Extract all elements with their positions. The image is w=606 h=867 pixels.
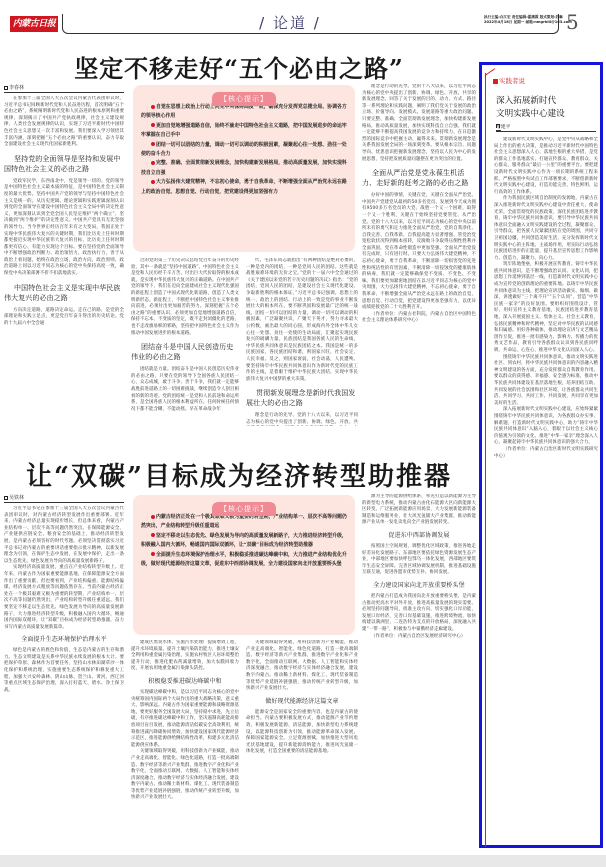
article1-headline: 坚定不移走好“五个必由之路” (0, 49, 478, 84)
paragraph: 源为主导的能源供给体系，率先打造以新能源为主导的新型电力系统，推动内蒙古由化石能… (362, 494, 476, 527)
author-affiliation: （作者单位：内蒙古自治区发展经济研究中心） (362, 634, 476, 641)
subheading: 积极稳妥推进碳达峰碳中和 (131, 677, 239, 686)
paragraph: 关键领域取得突破，用科技创新为产业赋能，推动产业走高端化、智能化、绿色化道路，打… (246, 640, 358, 693)
paragraph: 关键领域取得突破，用科技创新为产业赋能，推动产业走高端化、智能化、绿色化道路，打… (131, 749, 239, 802)
paragraph: 过的党的第三个历史决议总结党百年奋斗的历史经验，其中一条就是“坚持中国道路”。中… (131, 258, 239, 337)
article2-author: 吴铁林 (9, 495, 24, 501)
article1-author: 李春林 (9, 85, 24, 91)
paragraph: 建成区黑臭水体，实施污水处理厂提质增效工程，提升水环境质量。提升土壤污染防治能力… (131, 640, 239, 673)
paragraph: 实现碳达峰碳中和，是以习近平同志为核心的党中央统筹国内国际两个大局作出的重大战略… (131, 690, 239, 749)
page-bottom-margin (0, 855, 606, 867)
paragraph: 理念是行动的先导。党的十八大以来，以习近平同志为核心的党中央提出了创新、协调、绿… (246, 413, 358, 426)
bullet-dot-icon (151, 142, 155, 146)
article2-column-4: 源为主导的能源供给体系，率先打造以新能源为主导的新型电力系统，推动内蒙古由化石能… (362, 494, 476, 852)
bullet-dot-icon (151, 105, 155, 109)
core-tips-label: 【核心提示】 (212, 92, 276, 106)
bullet-dot-icon (151, 515, 155, 519)
paragraph: 深入拓展新时代文明实践中心建设，应始终紧紧围绕铸牢中华民族共同体意识，为各族群众… (494, 407, 598, 447)
byline-box-icon (4, 86, 8, 90)
page-number: 5 (566, 10, 579, 34)
slash-decoration-right-icon: / (307, 14, 321, 32)
article2-headline: 让“双碳”目标成为经济转型助推器 (0, 456, 478, 493)
subheading: 团结奋斗是中国人民创造历史伟业的必由之路 (131, 342, 239, 362)
paragraph: 建设新时代文明实践中心，是党中央从战略和全局上作出的重大决策，是推动习近平新时代… (494, 137, 598, 196)
subheading: 促进东中西部协调发展 (362, 531, 476, 540)
masthead-date-email: 2022年4月18日 星期一 邮箱:nmgrblll@163.com (484, 20, 572, 25)
article1-column-1: 在参加十三届全国人大五次会议内蒙古代表团审议时，习近平总书记回顾新时代党和人民奋… (4, 96, 124, 426)
subheading: 全面从严治党是党永葆生机活力、走好新的赶考之路的必由之路 (362, 168, 476, 188)
paragraph: 办好中国的事情，关键在党，关键在全面从严治党。中国共产党建党从最初的50多名党员… (362, 193, 476, 312)
article2-column-1: 习近平总书记在参加十三届全国人大五次会议内蒙古代表团审议时，对内蒙古经济转型发展… (4, 506, 124, 852)
subheading: 贯彻新发展理念是新时代我国发展壮大的必由之路 (246, 388, 358, 408)
paragraph: 作为我国民族区域自治制度的发源地，内蒙古在深入推进新时代文明实践中心建设中责任重… (494, 196, 598, 262)
sidebar-headline: 深入拓展新时代 文明实践中心建设 (496, 95, 565, 121)
paragraph: 筑牢阵地堡垒，积极开展宣传教育。铸牢中华民族共同体意识，是不断增强政治认同、文化… (494, 262, 598, 354)
newspaper-logo: 内蒙古日报 (10, 16, 58, 32)
paragraph: 方向决定道路，道路决定命运。走在己的路，是党的全部理论和实践立足点，更是党百年奋… (4, 308, 124, 328)
core-tips-label: 【核心提示】 (212, 502, 276, 516)
subheading: 中国特色社会主义是实现中华民族伟大复兴的必由之路 (4, 283, 124, 303)
masthead-meta: 执行主编:白江宏 责任编辑:霍满霖 版式策划:苏琳 2022年4月18日 星期一… (484, 15, 572, 25)
bullet-dot-icon (151, 180, 155, 184)
paragraph: 理念是行动的先导。党的十八大以来，以习近平同志为核心的党中央提出了创新、协调、绿… (362, 84, 476, 163)
paragraph: 绿色是内蒙古的底色和价值，生态是内蒙古的生存和潜力。生态文明建设是关系中华民族永… (4, 648, 124, 694)
sidebar-slant-line-icon (485, 68, 495, 76)
sidebar-inner-frame: 实践者说 深入拓展新时代 文明实践中心建设 哈建平 建设新时代文明实践中心，是党… (485, 73, 597, 847)
author-affiliation: （作者单位：内蒙古自治区新时代文明实践研究中心） (494, 447, 598, 460)
bullet-dot-icon (151, 123, 155, 127)
paragraph: 围绕铸牢中华民族共同体意识，推动文明实践进社区、到农村，将中华民族共同体意识的内… (494, 355, 598, 408)
core-tip-item: 更加自觉地增强道路自信，始终不渝走中国特色社会主义道路，把中国发展进步的命运牢牢… (141, 122, 347, 141)
article2-column-2: 建成区黑臭水体，实施污水处理厂提质增效工程，提升水环境质量。提升土壤污染防治能力… (131, 640, 239, 852)
subheading: 全力建设国家向北开放重要桥头堡 (362, 581, 476, 590)
bullet-dot-icon (151, 533, 155, 537)
byline-box-icon (4, 496, 8, 500)
article1-column-3: 代，毛泽东同志就指出“有两种团结是绝对必要的，一种是党内的团结，一种是党同人民的… (246, 258, 358, 426)
bullet-dot-icon (151, 552, 155, 556)
article2-column-3: 关键领域取得突破，用科技创新为产业赋能，推动产业走高端化、智能化、绿色化道路，打… (246, 640, 358, 852)
paragraph: 团结就是力量。团结奋斗是中国人民创造历史伟业的必由之路，只要在党的领导下全国各族… (131, 367, 239, 413)
paragraph: 把内蒙古打造成为我国向北开放重要桥头堡，是内蒙古推动更高水平对外开放，推进高质量… (362, 594, 476, 634)
article1-column-2: 过的党的第三个历史决议总结党百年奋斗的历史经验，其中一条就是“坚持中国道路”。中… (131, 258, 239, 426)
paragraph: 党政军民学，东西南北中，党是领导一切的。党的领导是中国特色社会主义最本质的特征，… (4, 179, 124, 278)
section-title: / 论道 / (230, 12, 350, 33)
article1-column-4: 理念是行动的先导。党的十八大以来，以习近平同志为核心的党中央提出了创新、协调、绿… (362, 84, 476, 426)
paragraph: 习近平总书记在参加十三届全国人大五次会议内蒙古代表团审议时，对内蒙古经济转型发展… (4, 506, 124, 565)
sidebar-practitioner-column: 实践者说 深入拓展新时代 文明实践中心建设 哈建平 建设新时代文明实践中心，是党… (479, 62, 603, 848)
article2-core-tips: 【核心提示】 内蒙古经济正处在一个极其艰难又极为重要的转型期，产业结构单一、层次… (133, 495, 355, 635)
core-tip-item: 团结一切可以团结的力量，调动一切可以调动的积极因素，凝聚起心往一处想、劲往一处使… (141, 141, 347, 160)
bullet-dot-icon (151, 161, 155, 165)
slash-decoration-left-icon: / (259, 14, 273, 32)
paragraph: 按照国土空间规划，调整优化区域政策，推进各地走好差异化发展路子。东部地区要依托绿… (362, 544, 476, 577)
sidebar-byline: 哈建平 (496, 123, 596, 132)
sidebar-column-tag: 实践者说 (493, 76, 525, 85)
article2-byline: 吴铁林 (4, 494, 124, 503)
paragraph: 实现经济高质量发展，重点在产业结构转型升级上。近年来，内蒙古作为国家重要能源基地… (4, 565, 124, 631)
core-tip-item: 完整、准确、全面贯彻新发展理念，加快构建新发展格局，推动高质量发展，加快实现科技… (141, 159, 347, 178)
page-masthead: 内蒙古日报 / 论道 / 执行主编:白江宏 责任编辑:霍满霖 版式策划:苏琳 2… (0, 0, 606, 40)
section-title-text: 论道 (273, 14, 307, 32)
paragraph: 在参加十三届全国人大五次会议内蒙古代表团审议时，习近平总书记回顾新时代党和人民奋… (4, 96, 124, 149)
core-tip-item: 大力弘扬伟大建党精神，不忘初心使命，勇于自我革命，不断增强全面从严治党永远在路上… (141, 178, 347, 197)
core-tip-item: 坚定不移走以生态优先、绿色发展为导向的高质量发展新路子，大力推进经济转型升级，积… (141, 532, 347, 551)
paragraph: 能源安全是国家安全的重要内容，也是内蒙古的使命担当。内蒙古要积极发展方式，推动能… (246, 710, 358, 756)
core-tip-item: 全面提升生态环境保护治理水平，积极稳妥推进碳达峰碳中和，大力推进产业结构优化升级… (141, 551, 347, 570)
sidebar-body: 建设新时代文明实践中心，是党中央从战略和全局上作出的重大决策，是推动习近平新时代… (494, 137, 598, 843)
paragraph: 代，毛泽东同志就指出“有两种团结是绝对必要的，一种是党内的团结，一种是党同人民的… (246, 258, 358, 383)
red-square-icon (493, 79, 498, 84)
article1-core-tips: 【核心提示】 自觉在思想上政治上行动上同党中央保持高度一致，确保充分发挥党总揽全… (133, 85, 355, 252)
subheading: 做好现代能源经济这篇文章 (246, 697, 358, 706)
subheading: 坚持党的全面领导是坚持和发展中国特色社会主义的必由之路 (4, 154, 124, 174)
subheading: 全面提升生态环境保护治理水平 (4, 635, 124, 644)
byline-box-icon (496, 124, 500, 128)
article1-byline: 李春林 (4, 84, 124, 93)
author-affiliation: （作者单位：内蒙古社科院，内蒙古自治区中国特色社会主义理论体系研究中心） (362, 312, 476, 325)
